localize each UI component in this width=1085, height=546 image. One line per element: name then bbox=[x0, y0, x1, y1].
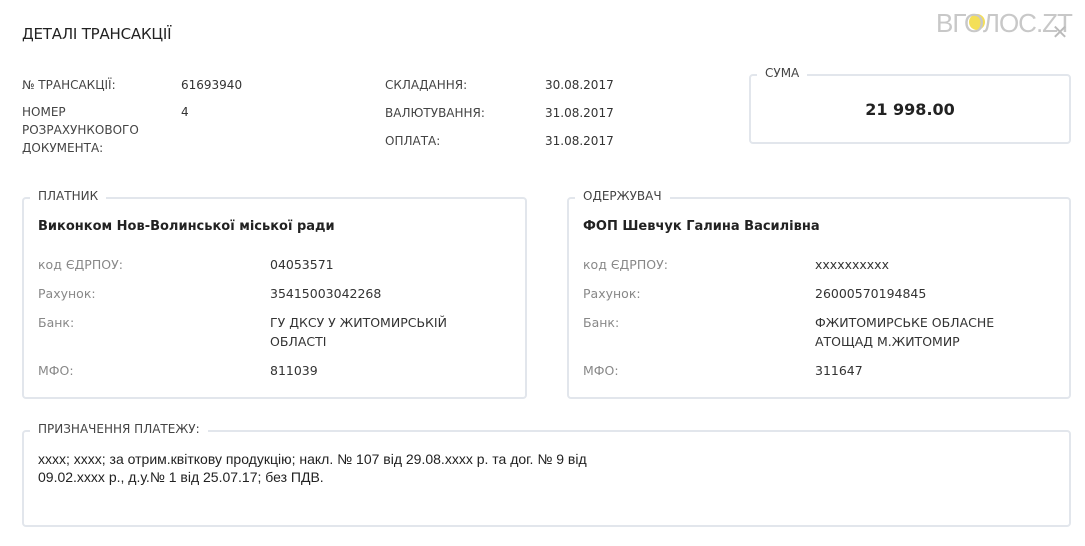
sum-box: СУМА 21 998.00 bbox=[749, 74, 1071, 144]
payer-edrpou-label: код ЄДРПОУ: bbox=[38, 255, 123, 274]
payer-edrpou-row: код ЄДРПОУ: 04053571 bbox=[38, 255, 511, 275]
close-icon[interactable]: ✕ bbox=[1050, 22, 1070, 42]
recipient-box: ОДЕРЖУВАЧ ФОП Шевчук Галина Василівна ко… bbox=[567, 197, 1071, 399]
payment-date-label: ОПЛАТА: bbox=[385, 132, 440, 150]
document-number-row: НОМЕР РОЗРАХУНКОВОГО ДОКУМЕНТА: 4 bbox=[22, 103, 362, 159]
payer-bank-label: Банк: bbox=[38, 313, 74, 332]
sum-value: 21 998.00 bbox=[751, 100, 1069, 119]
recipient-account-value: 26000570194845 bbox=[815, 284, 1055, 303]
recipient-account-row: Рахунок: 26000570194845 bbox=[583, 284, 1055, 304]
purpose-text: xxxx; xxxx; за отрим.квіткову продукцію;… bbox=[38, 450, 598, 486]
page-title: ДЕТАЛІ ТРАНСАКЦІЇ bbox=[22, 25, 171, 43]
created-date-label: СКЛАДАННЯ: bbox=[385, 76, 467, 94]
purpose-box: ПРИЗНАЧЕННЯ ПЛАТЕЖУ: xxxx; xxxx; за отри… bbox=[22, 430, 1071, 527]
payer-bank-value: ГУ ДКСУ У ЖИТОМИРСЬКІЙ ОБЛАСТІ bbox=[270, 313, 485, 351]
payer-mfo-row: МФО: 811039 bbox=[38, 361, 511, 381]
recipient-bank-label: Банк: bbox=[583, 313, 619, 332]
recipient-mfo-value: 311647 bbox=[815, 361, 1055, 380]
sum-label: СУМА bbox=[757, 64, 807, 82]
recipient-legend: ОДЕРЖУВАЧ bbox=[575, 187, 670, 205]
recipient-account-label: Рахунок: bbox=[583, 284, 641, 303]
payer-account-value: 35415003042268 bbox=[270, 284, 510, 303]
valuation-date-row: ВАЛЮТУВАННЯ: 31.08.2017 bbox=[385, 104, 725, 124]
payer-legend: ПЛАТНИК bbox=[30, 187, 106, 205]
valuation-date-label: ВАЛЮТУВАННЯ: bbox=[385, 104, 485, 122]
document-number-value: 4 bbox=[181, 103, 189, 121]
recipient-mfo-label: МФО: bbox=[583, 361, 619, 380]
document-number-label: НОМЕР РОЗРАХУНКОВОГО ДОКУМЕНТА: bbox=[22, 103, 152, 157]
created-date-row: СКЛАДАННЯ: 30.08.2017 bbox=[385, 76, 725, 96]
payment-date-row: ОПЛАТА: 31.08.2017 bbox=[385, 132, 725, 152]
payment-date-value: 31.08.2017 bbox=[545, 132, 614, 150]
transaction-number-label: № ТРАНСАКЦІЇ: bbox=[22, 76, 116, 94]
created-date-value: 30.08.2017 bbox=[545, 76, 614, 94]
payer-mfo-value: 811039 bbox=[270, 361, 510, 380]
valuation-date-value: 31.08.2017 bbox=[545, 104, 614, 122]
recipient-name: ФОП Шевчук Галина Василівна bbox=[583, 219, 820, 234]
recipient-edrpou-value: xxxxxxxxxx bbox=[815, 255, 1055, 274]
payer-account-label: Рахунок: bbox=[38, 284, 96, 303]
payer-box: ПЛАТНИК Виконком Нов-Волинської міської … bbox=[22, 197, 527, 399]
recipient-bank-row: Банк: ФЖИТОМИРСЬКЕ ОБЛАСНЕ АТОЩАД М.ЖИТО… bbox=[583, 313, 1055, 353]
recipient-mfo-row: МФО: 311647 bbox=[583, 361, 1055, 381]
payer-bank-row: Банк: ГУ ДКСУ У ЖИТОМИРСЬКІЙ ОБЛАСТІ bbox=[38, 313, 511, 353]
payer-edrpou-value: 04053571 bbox=[270, 255, 510, 274]
recipient-bank-value: ФЖИТОМИРСЬКЕ ОБЛАСНЕ АТОЩАД М.ЖИТОМИР bbox=[815, 313, 1025, 351]
payer-account-row: Рахунок: 35415003042268 bbox=[38, 284, 511, 304]
purpose-legend: ПРИЗНАЧЕННЯ ПЛАТЕЖУ: bbox=[30, 420, 208, 438]
payer-mfo-label: МФО: bbox=[38, 361, 74, 380]
transaction-number-value: 61693940 bbox=[181, 76, 242, 94]
transaction-number-row: № ТРАНСАКЦІЇ: 61693940 bbox=[22, 76, 362, 96]
payer-name: Виконком Нов-Волинської міської ради bbox=[38, 219, 335, 234]
recipient-edrpou-label: код ЄДРПОУ: bbox=[583, 255, 668, 274]
recipient-edrpou-row: код ЄДРПОУ: xxxxxxxxxx bbox=[583, 255, 1055, 275]
